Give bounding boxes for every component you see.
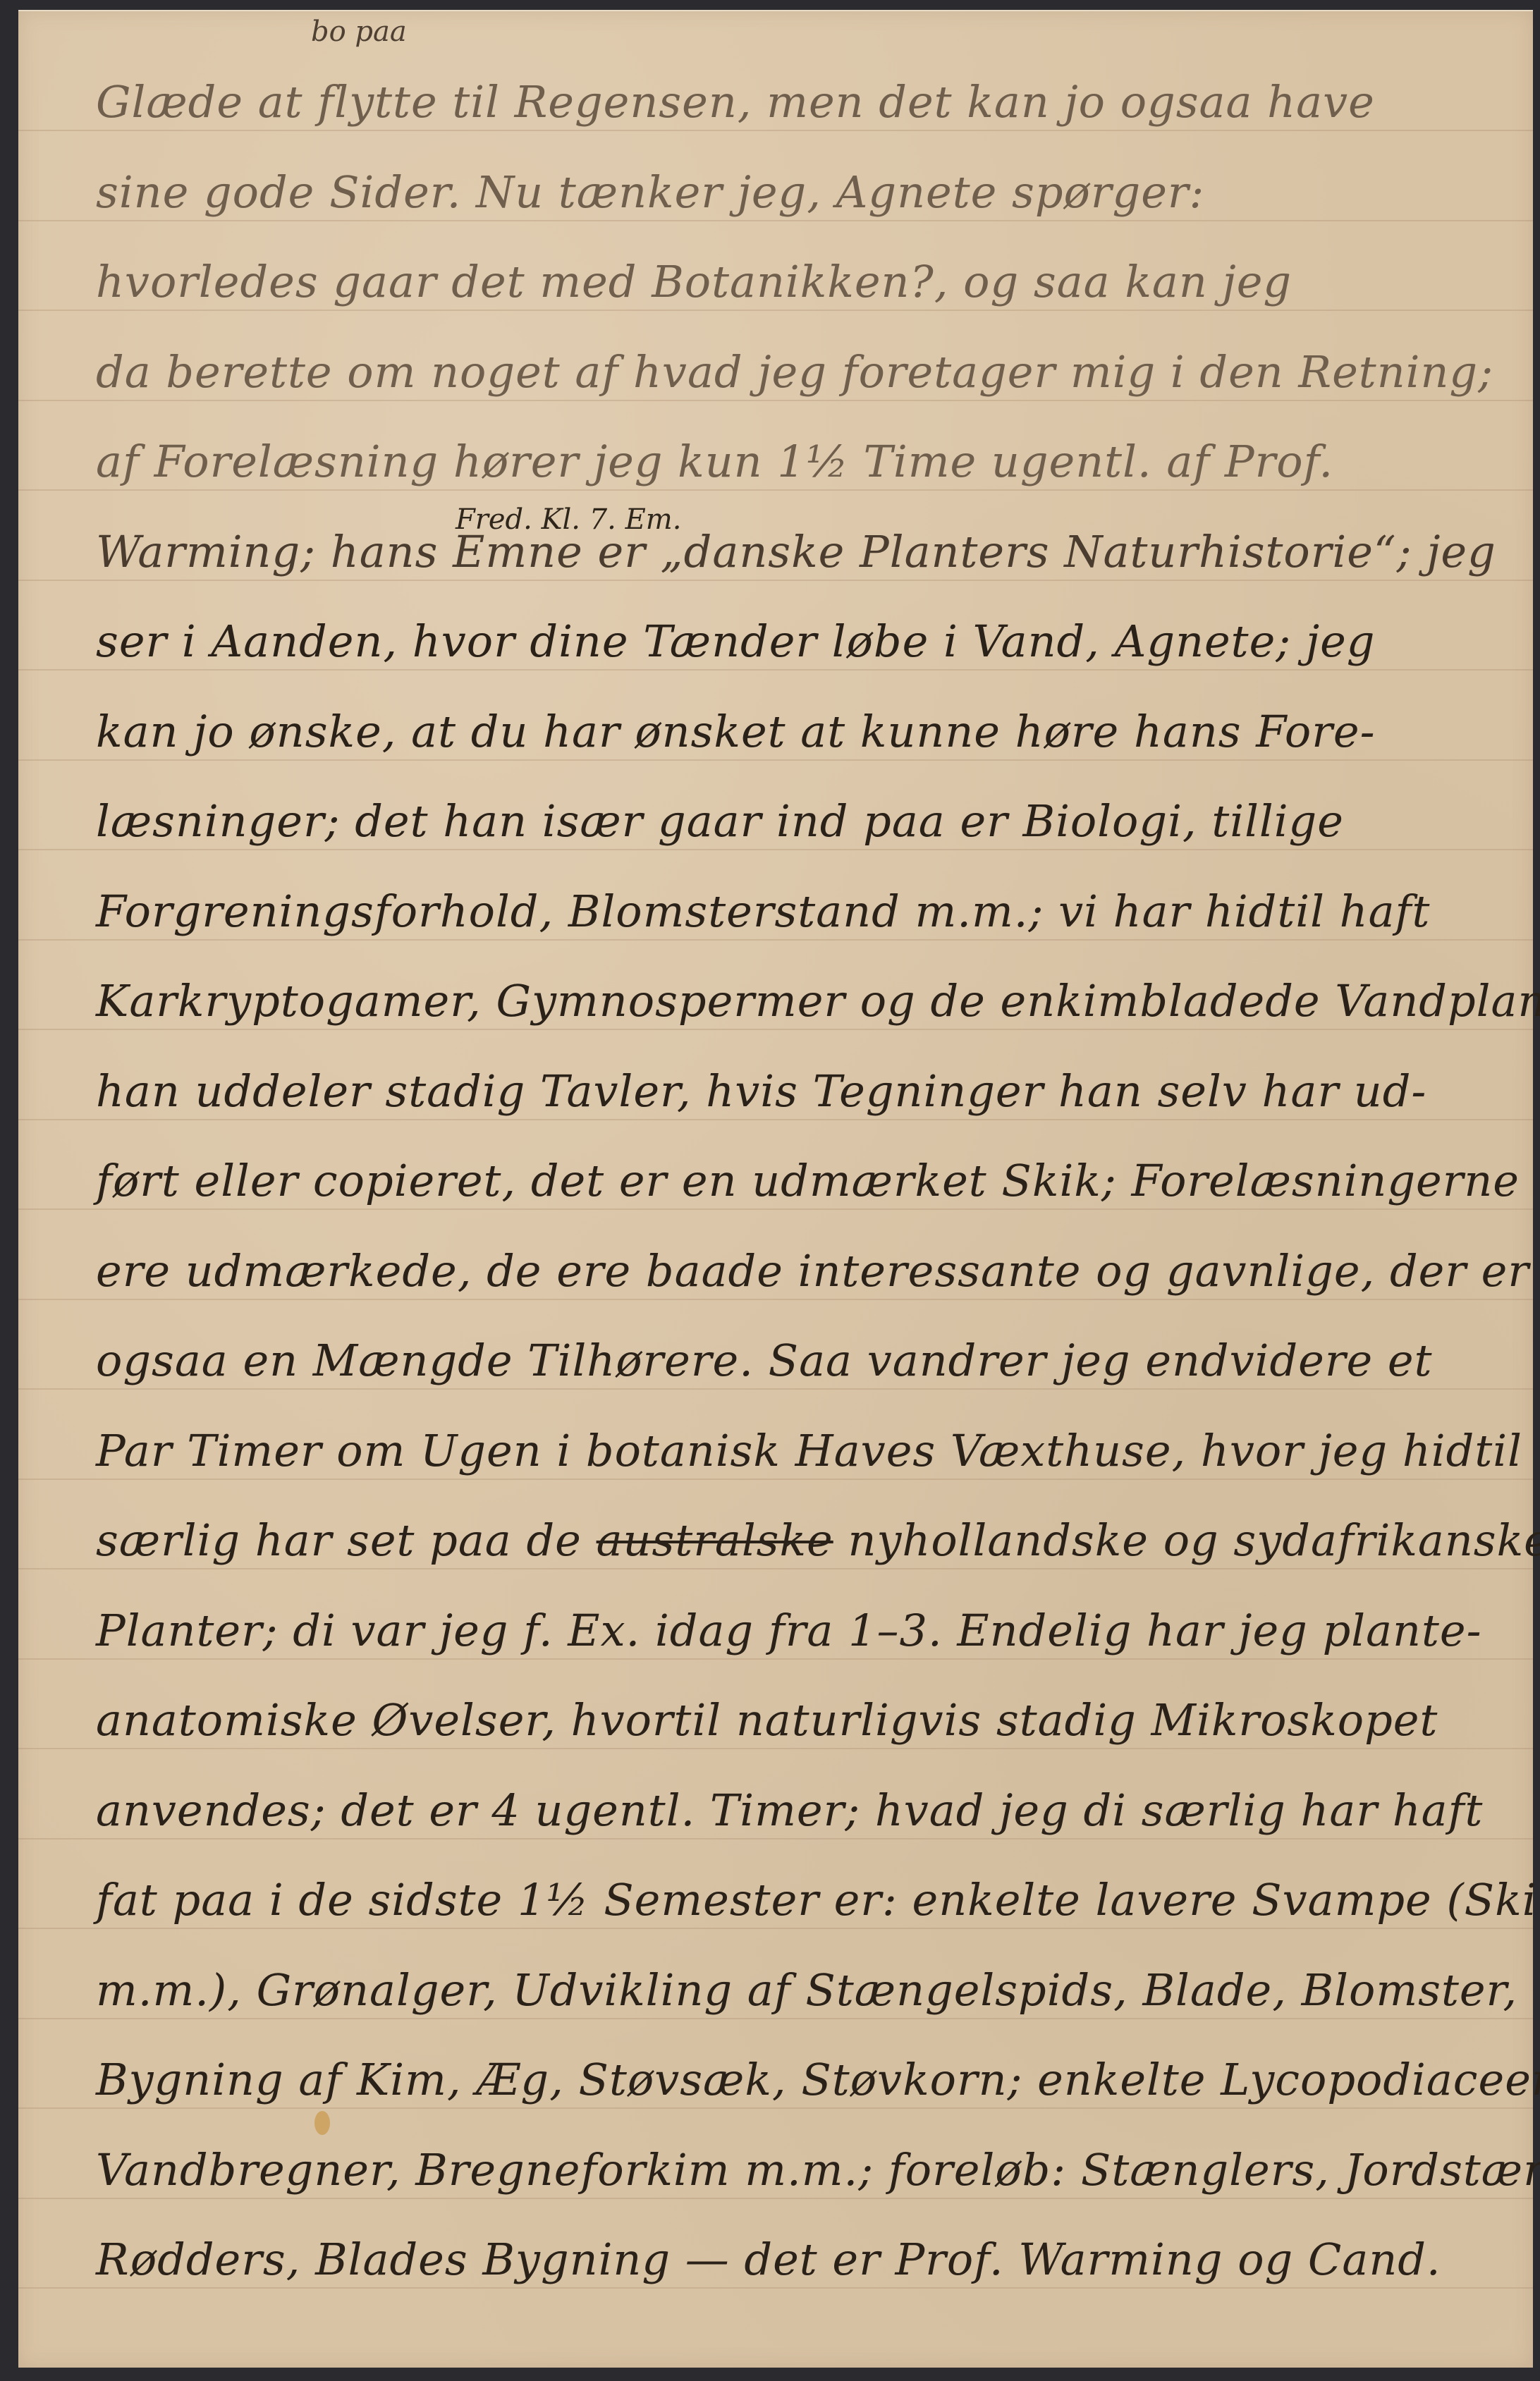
letter-line: han uddeler stadig Tavler, hvis Tegninge…: [96, 1070, 1505, 1113]
ruled-line: [18, 2287, 1533, 2289]
ruled-line: [18, 2018, 1533, 2019]
ruled-line: [18, 1119, 1533, 1120]
ruled-line: [18, 1388, 1533, 1390]
letter-page: bo paa Fred. Kl. 7. Em. Glæde at flytte …: [18, 10, 1533, 2368]
ruled-line: [18, 669, 1533, 671]
ruled-line: [18, 400, 1533, 401]
ruled-line: [18, 1299, 1533, 1300]
ruled-line: [18, 130, 1533, 131]
ruled-line: [18, 1029, 1533, 1030]
letter-line: Par Timer om Ugen i botanisk Haves Væxth…: [96, 1429, 1505, 1473]
letter-line: anatomiske Øvelser, hvortil naturligvis …: [96, 1698, 1505, 1742]
letter-line: læsninger; det han især gaar ind paa er …: [96, 800, 1505, 843]
ruled-line: [18, 489, 1533, 491]
letter-line: ere udmærkede, de ere baade interessante…: [96, 1249, 1505, 1293]
ruled-line: [18, 939, 1533, 941]
ruled-line: [18, 1479, 1533, 1480]
ruled-line: [18, 310, 1533, 311]
ruled-line: [18, 580, 1533, 581]
ruled-line: [18, 2198, 1533, 2199]
letter-line: Vandbregner, Bregneforkim m.m.; foreløb:…: [96, 2148, 1505, 2192]
letter-line: sine gode Sider. Nu tænker jeg, Agnete s…: [96, 171, 1505, 214]
ruled-line: [18, 849, 1533, 850]
letter-line: Warming; hans Emne er „danske Planters N…: [96, 530, 1505, 574]
letter-line: da berette om noget af hvad jeg foretage…: [96, 350, 1505, 394]
letter-line: ogsaa en Mængde Tilhørere. Saa vandrer j…: [96, 1339, 1505, 1383]
letter-line: hvorledes gaar det med Botanikken?, og s…: [96, 260, 1505, 304]
interlinear-note: bo paa: [311, 16, 407, 48]
line-text-before: særlig har set paa de: [96, 1514, 582, 1566]
ruled-line: [18, 759, 1533, 761]
struck-out-word: australske: [597, 1514, 833, 1566]
letter-line: ført eller copieret, det er en udmærket …: [96, 1159, 1505, 1203]
letter-line: fat paa i de sidste 1½ Semester er: enke…: [96, 1878, 1505, 1922]
ink-stain: [314, 2111, 330, 2135]
letter-line: Glæde at flytte til Regensen, men det ka…: [96, 80, 1505, 124]
letter-line: Karkryptogamer, Gymnospermer og de enkim…: [96, 979, 1505, 1023]
letter-line: af Forelæsning hører jeg kun 1½ Time uge…: [96, 440, 1505, 484]
ruled-line: [18, 1838, 1533, 1840]
line-text-after: nyhollandske og sydafrikanske: [848, 1514, 1540, 1566]
ruled-line: [18, 2107, 1533, 2109]
ruled-line: [18, 1658, 1533, 1660]
letter-line-with-strikeout: særlig har set paa de australske nyholla…: [96, 1519, 1505, 1562]
ruled-line: [18, 1928, 1533, 1929]
letter-line: ser i Aanden, hvor dine Tænder løbe i Va…: [96, 620, 1505, 663]
letter-line: Rødders, Blades Bygning — det er Prof. W…: [96, 2238, 1505, 2282]
ruled-line: [18, 1568, 1533, 1569]
ruled-line: [18, 220, 1533, 221]
letter-line: Planter; di var jeg f. Ex. idag fra 1–3.…: [96, 1609, 1505, 1653]
letter-line: anvendes; det er 4 ugentl. Timer; hvad j…: [96, 1789, 1505, 1832]
letter-line: m.m.), Grønalger, Udvikling af Stængelsp…: [96, 1969, 1505, 2012]
letter-line: Forgreningsforhold, Blomsterstand m.m.; …: [96, 890, 1505, 934]
letter-line: Bygning af Kim, Æg, Støvsæk, Støvkorn; e…: [96, 2058, 1505, 2102]
letter-line: kan jo ønske, at du har ønsket at kunne …: [96, 710, 1505, 754]
ruled-line: [18, 1748, 1533, 1749]
ruled-line: [18, 1208, 1533, 1210]
